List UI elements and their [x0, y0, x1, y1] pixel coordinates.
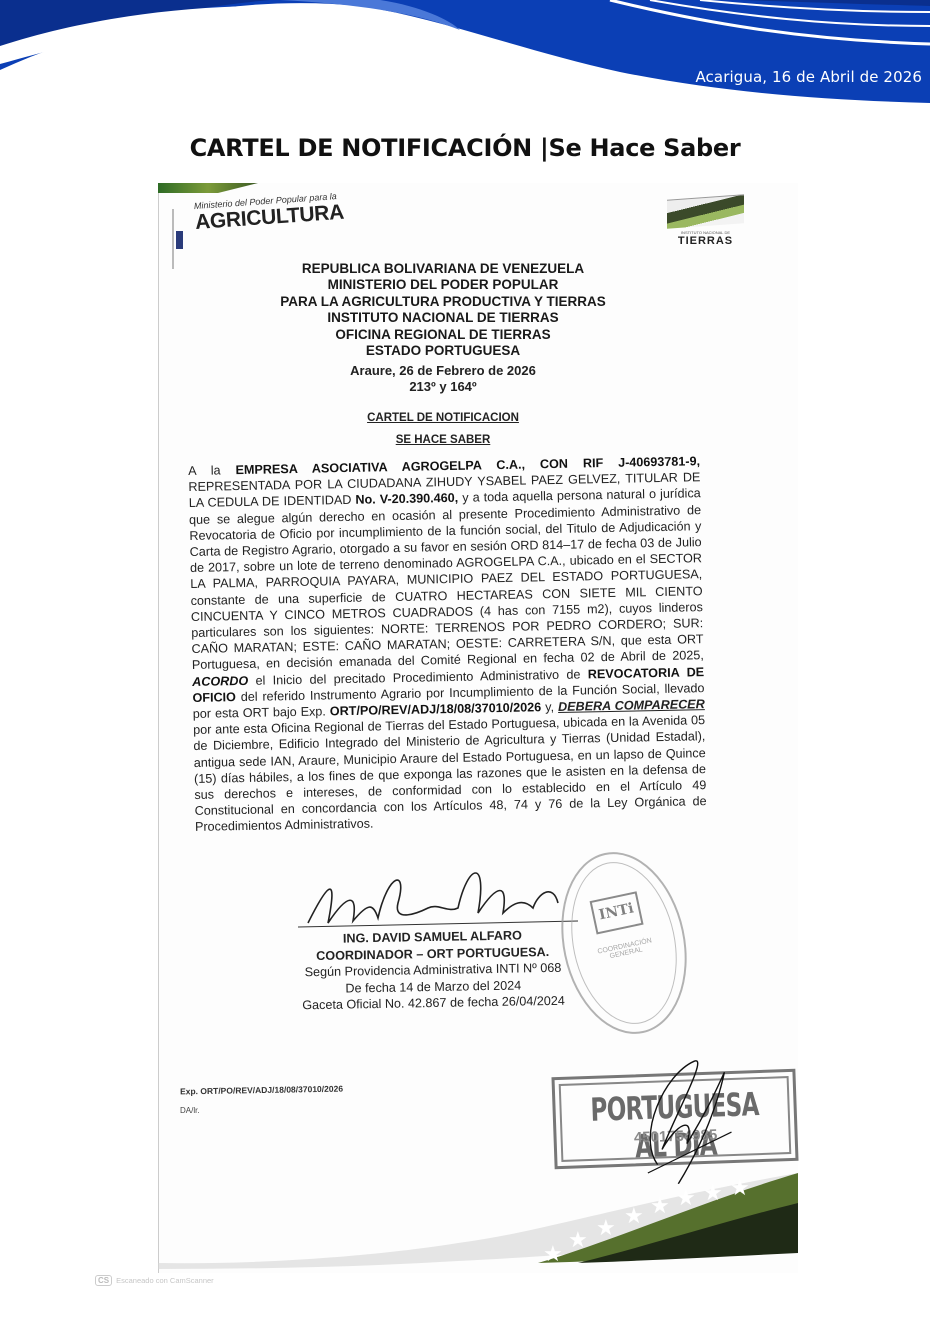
body-text: A la — [188, 463, 236, 478]
inti-logo: INSTITUTO NACIONAL DE TIERRAS — [663, 197, 748, 247]
press-stamp: PORTUGUESA AL DIA 4501754985 — [551, 1069, 798, 1169]
publication-date: Acarigua, 16 de Abril de 2026 — [695, 68, 922, 86]
heading-line: OFICINA REGIONAL DE TIERRAS — [158, 327, 728, 343]
body-text: por ante esta Oficina Regional de Tierra… — [193, 713, 707, 834]
body-text: y a toda aquella persona natural o juríd… — [189, 487, 704, 673]
acordo-emphasis: ACORDO — [192, 674, 248, 689]
flag-icon — [172, 209, 184, 269]
svg-text:★: ★ — [596, 1215, 616, 1240]
document-date: Araure, 26 de Febrero de 2026 — [158, 363, 728, 379]
document-heading: REPUBLICA BOLIVARIANA DE VENEZUELA MINIS… — [158, 261, 728, 359]
heading-line: PARA LA AGRICULTURA PRODUCTIVA Y TIERRAS — [158, 294, 728, 310]
scanner-watermark: CS Escaneado con CamScanner — [95, 1275, 214, 1286]
camscanner-icon: CS — [95, 1275, 112, 1286]
svg-text:★: ★ — [676, 1185, 696, 1210]
wave-decoration — [0, 0, 930, 110]
heading-line: REPUBLICA BOLIVARIANA DE VENEZUELA — [158, 261, 728, 277]
id-number: No. V-20.390.460, — [355, 491, 458, 507]
author-initials: DA/lr. — [180, 1106, 200, 1115]
stamp-signature-icon — [614, 1052, 738, 1186]
svg-text:★: ★ — [543, 1241, 563, 1266]
svg-text:★: ★ — [703, 1180, 723, 1205]
notice-title: CARTEL DE NOTIFICACION — [158, 412, 728, 424]
document-era: 213º y 164º — [158, 379, 728, 395]
svg-text:★: ★ — [650, 1193, 670, 1218]
notice-body: A la EMPRESA ASOCIATIVA AGROGELPA C.A., … — [188, 453, 707, 835]
decorative-strip — [158, 183, 258, 193]
heading-line: ESTADO PORTUGUESA — [158, 343, 728, 359]
heading-line: MINISTERIO DEL PODER POPULAR — [158, 277, 728, 293]
inti-logo-name: TIERRAS — [663, 235, 748, 247]
page-title: CARTEL DE NOTIFICACIÓN |Se Hace Saber — [0, 134, 930, 162]
svg-text:★: ★ — [624, 1203, 644, 1228]
document-date-block: Araure, 26 de Febrero de 2026 213º y 164… — [158, 363, 728, 395]
watermark-text: Escaneado con CamScanner — [116, 1276, 214, 1285]
heading-line: INSTITUTO NACIONAL DE TIERRAS — [158, 310, 728, 326]
ministry-logo: Ministerio del Poder Popular para la AGR… — [194, 191, 345, 235]
body-text: y, — [541, 700, 558, 714]
signatory-block: ING. DAVID SAMUEL ALFARO COORDINADOR – O… — [267, 926, 598, 1014]
header-banner: Acarigua, 16 de Abril de 2026 — [0, 0, 930, 110]
comparecer-emphasis: DEBERA COMPARECER — [558, 697, 705, 714]
case-reference: Exp. ORT/PO/REV/ADJ/18/08/37010/2026 — [180, 1084, 343, 1097]
case-number: ORT/PO/REV/ADJ/18/08/37010/2026 — [330, 700, 542, 718]
inti-banner-icon — [667, 194, 744, 228]
notice-subtitle: SE HACE SABER — [158, 434, 728, 446]
scanned-document: Ministerio del Poder Popular para la AGR… — [158, 183, 798, 1273]
svg-text:★: ★ — [568, 1227, 588, 1252]
